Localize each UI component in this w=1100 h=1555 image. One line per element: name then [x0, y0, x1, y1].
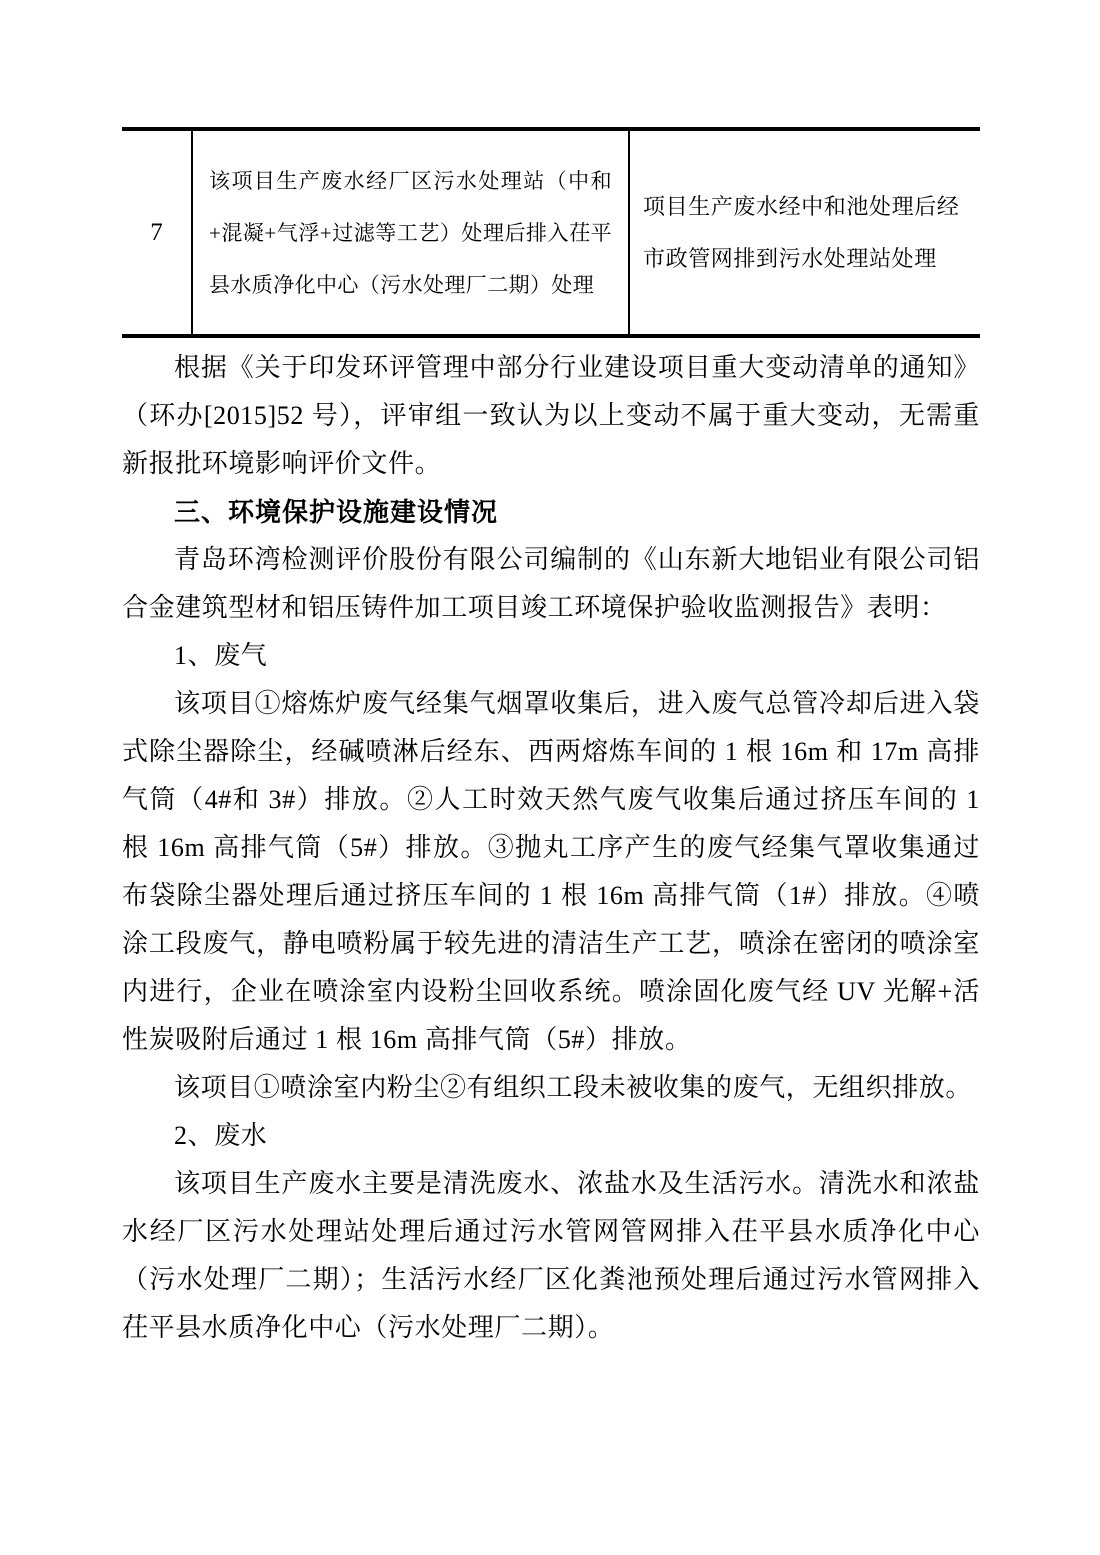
- paragraph-waste-gas-detail: 该项目①熔炼炉废气经集气烟罩收集后，进入废气总管冷却后进入袋式除尘器除尘，经碱喷…: [122, 680, 980, 1064]
- paragraph-unorganized-emission: 该项目①喷涂室内粉尘②有组织工段未被收集的废气，无组织排放。: [122, 1064, 980, 1112]
- section-heading-environment-protection-facilities: 三、环境保护设施建设情况: [122, 488, 980, 536]
- document-content: 7 该项目生产废水经厂区污水处理站（中和+混凝+气浮+过滤等工艺）处理后排入茌平…: [122, 127, 980, 1352]
- table-cell-actual-situation: 该项目生产废水经厂区污水处理站（中和+混凝+气浮+过滤等工艺）处理后排入茌平县水…: [193, 131, 630, 334]
- change-comparison-table: 7 该项目生产废水经厂区污水处理站（中和+混凝+气浮+过滤等工艺）处理后排入茌平…: [122, 127, 980, 338]
- paragraph-acceptance-report-intro: 青岛环湾检测评价股份有限公司编制的《山东新大地铝业有限公司铝合金建筑型材和铝压铸…: [122, 536, 980, 632]
- table-cell-original-plan-text: 项目生产废水经中和池处理后经市政管网排到污水处理站处理: [643, 181, 967, 285]
- table-cell-row-number: 7: [122, 131, 193, 334]
- document-page: 7 该项目生产废水经厂区污水处理站（中和+混凝+气浮+过滤等工艺）处理后排入茌平…: [0, 0, 1100, 1555]
- table-cell-actual-situation-text: 该项目生产废水经厂区污水处理站（中和+混凝+气浮+过滤等工艺）处理后排入茌平县水…: [209, 155, 612, 311]
- paragraph-major-change-conclusion: 根据《关于印发环评管理中部分行业建设项目重大变动清单的通知》（环办[2015]5…: [122, 344, 980, 488]
- subheading-waste-gas: 1、废气: [122, 632, 980, 680]
- table-cell-original-plan: 项目生产废水经中和池处理后经市政管网排到污水处理站处理: [630, 131, 980, 334]
- paragraph-waste-water-detail: 该项目生产废水主要是清洗废水、浓盐水及生活污水。清洗水和浓盐水经厂区污水处理站处…: [122, 1160, 980, 1352]
- subheading-waste-water: 2、废水: [122, 1112, 980, 1160]
